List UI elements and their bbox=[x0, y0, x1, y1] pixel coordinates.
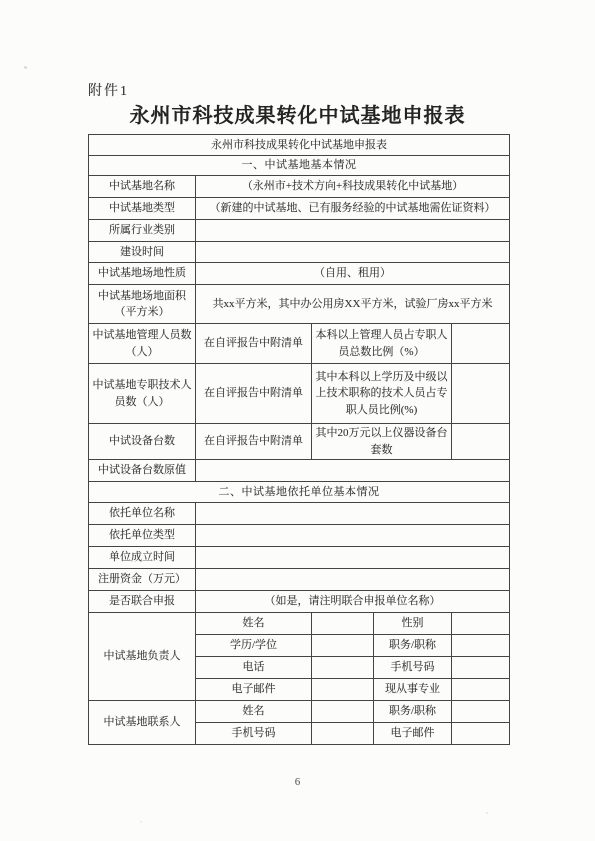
field-label: 单位成立时间 bbox=[89, 547, 196, 569]
sub-field-label: 其中20万元以上仪器设备台套数 bbox=[312, 424, 452, 460]
field-value bbox=[196, 503, 510, 525]
field-label: 所属行业类别 bbox=[89, 220, 196, 242]
field-label: 中试基地负责人 bbox=[89, 613, 196, 701]
section-row-basic: 一、中试基地基本情况 bbox=[89, 156, 510, 176]
sub-field-value bbox=[452, 424, 510, 460]
field-value bbox=[196, 242, 510, 263]
sub-field-value bbox=[312, 657, 374, 679]
sub-field-value bbox=[452, 679, 510, 701]
sub-field-value bbox=[312, 613, 374, 635]
sub-field-value bbox=[452, 324, 510, 364]
field-note: 在自评报告中附清单 bbox=[196, 424, 312, 460]
sub-field-label: 电子邮件 bbox=[374, 723, 452, 745]
sub-field-value bbox=[452, 635, 510, 657]
field-value: （自用、租用） bbox=[196, 263, 510, 285]
table-row: 中试设备台数原值 bbox=[89, 460, 510, 482]
sub-field-label: 现从事专业 bbox=[374, 679, 452, 701]
table-row: 中试基地联系人 姓名 职务/职称 bbox=[89, 701, 510, 723]
table-row: 所属行业类别 bbox=[89, 220, 510, 242]
field-label: 中试基地专职技术人员数（人） bbox=[89, 364, 196, 424]
field-label: 中试设备台数 bbox=[89, 424, 196, 460]
table-row: 中试基地管理人员数（人） 在自评报告中附清单 本科以上管理人员占专职人员总数比例… bbox=[89, 324, 510, 364]
field-value bbox=[196, 569, 510, 591]
table-row: 依托单位类型 bbox=[89, 525, 510, 547]
field-label: 中试基地名称 bbox=[89, 176, 196, 198]
section-row-unit: 二、中试基地依托单位基本情况 bbox=[89, 482, 510, 503]
field-label: 中试基地类型 bbox=[89, 198, 196, 220]
sub-field-label: 手机号码 bbox=[196, 723, 312, 745]
field-label: 中试基地管理人员数（人） bbox=[89, 324, 196, 364]
field-value bbox=[196, 460, 510, 482]
sub-field-label: 职务/职称 bbox=[374, 701, 452, 723]
table-row: 建设时间 bbox=[89, 242, 510, 263]
scan-speck bbox=[24, 66, 27, 69]
sub-field-label: 性别 bbox=[374, 613, 452, 635]
sub-field-value bbox=[452, 657, 510, 679]
field-label: 中试设备台数原值 bbox=[89, 460, 196, 482]
scanned-document-page: 附件1 永州市科技成果转化中试基地申报表 永州市科技成果转化中试基地申报表 一、… bbox=[0, 0, 595, 841]
sub-field-label: 学历/学位 bbox=[196, 635, 312, 657]
field-value bbox=[196, 547, 510, 569]
table-row: 依托单位名称 bbox=[89, 503, 510, 525]
field-label: 中试基地场地性质 bbox=[89, 263, 196, 285]
sub-field-label: 职务/职称 bbox=[374, 635, 452, 657]
table-row: 中试基地场地面积（平方米） 共xx平方米，其中办公用房XX平方米，试验厂房xx平… bbox=[89, 285, 510, 324]
sub-field-value bbox=[452, 613, 510, 635]
field-note: 在自评报告中附清单 bbox=[196, 324, 312, 364]
field-label: 中试基地联系人 bbox=[89, 701, 196, 745]
section-header-basic: 一、中试基地基本情况 bbox=[89, 156, 510, 176]
field-note: 在自评报告中附清单 bbox=[196, 364, 312, 424]
section-header-unit: 二、中试基地依托单位基本情况 bbox=[89, 482, 510, 503]
field-value: 共xx平方米，其中办公用房XX平方米，试验厂房xx平方米 bbox=[196, 285, 510, 324]
field-value bbox=[196, 525, 510, 547]
table-row: 是否联合申报 （如是，请注明联合申报单位名称） bbox=[89, 591, 510, 613]
field-label: 建设时间 bbox=[89, 242, 196, 263]
sub-field-label: 其中本科以上学历及中级以上技术职称的技术人员占专职人员比例(%) bbox=[312, 364, 452, 424]
field-label: 依托单位名称 bbox=[89, 503, 196, 525]
sub-field-value bbox=[312, 635, 374, 657]
scan-speck bbox=[486, 812, 488, 814]
table-row: 中试基地场地性质 （自用、租用） bbox=[89, 263, 510, 285]
table-title: 永州市科技成果转化中试基地申报表 bbox=[89, 135, 510, 156]
sub-field-label: 姓名 bbox=[196, 613, 312, 635]
application-form-table: 永州市科技成果转化中试基地申报表 一、中试基地基本情况 中试基地名称 （永州市+… bbox=[88, 134, 510, 745]
sub-field-value bbox=[452, 701, 510, 723]
sub-field-value bbox=[312, 679, 374, 701]
page-title: 永州市科技成果转化中试基地申报表 bbox=[0, 99, 595, 128]
sub-field-label: 手机号码 bbox=[374, 657, 452, 679]
sub-field-label: 姓名 bbox=[196, 701, 312, 723]
sub-field-value bbox=[452, 723, 510, 745]
field-value: （如是，请注明联合申报单位名称） bbox=[196, 591, 510, 613]
table-row: 中试基地类型 （新建的中试基地、已有服务经验的中试基地需佐证资料） bbox=[89, 198, 510, 220]
table-row: 中试设备台数 在自评报告中附清单 其中20万元以上仪器设备台套数 bbox=[89, 424, 510, 460]
table-row: 中试基地负责人 姓名 性别 bbox=[89, 613, 510, 635]
table-row: 中试基地专职技术人员数（人） 在自评报告中附清单 其中本科以上学历及中级以上技术… bbox=[89, 364, 510, 424]
sub-field-label: 本科以上管理人员占专职人员总数比例（%） bbox=[312, 324, 452, 364]
field-value: （新建的中试基地、已有服务经验的中试基地需佐证资料） bbox=[196, 198, 510, 220]
sub-field-value bbox=[312, 701, 374, 723]
field-label: 中试基地场地面积（平方米） bbox=[89, 285, 196, 324]
field-label: 注册资金（万元） bbox=[89, 569, 196, 591]
field-value: （永州市+技术方向+科技成果转化中试基地） bbox=[196, 176, 510, 198]
table-row: 注册资金（万元） bbox=[89, 569, 510, 591]
table-header-row: 永州市科技成果转化中试基地申报表 bbox=[89, 135, 510, 156]
page-number: 6 bbox=[0, 776, 595, 788]
sub-field-label: 电子邮件 bbox=[196, 679, 312, 701]
sub-field-label: 电话 bbox=[196, 657, 312, 679]
table-row: 中试基地名称 （永州市+技术方向+科技成果转化中试基地） bbox=[89, 176, 510, 198]
sub-field-value bbox=[452, 364, 510, 424]
sub-field-value bbox=[312, 723, 374, 745]
field-label: 依托单位类型 bbox=[89, 525, 196, 547]
field-value bbox=[196, 220, 510, 242]
table-row: 单位成立时间 bbox=[89, 547, 510, 569]
field-label: 是否联合申报 bbox=[89, 591, 196, 613]
scan-speck bbox=[140, 821, 142, 823]
attachment-label: 附件1 bbox=[88, 80, 129, 100]
